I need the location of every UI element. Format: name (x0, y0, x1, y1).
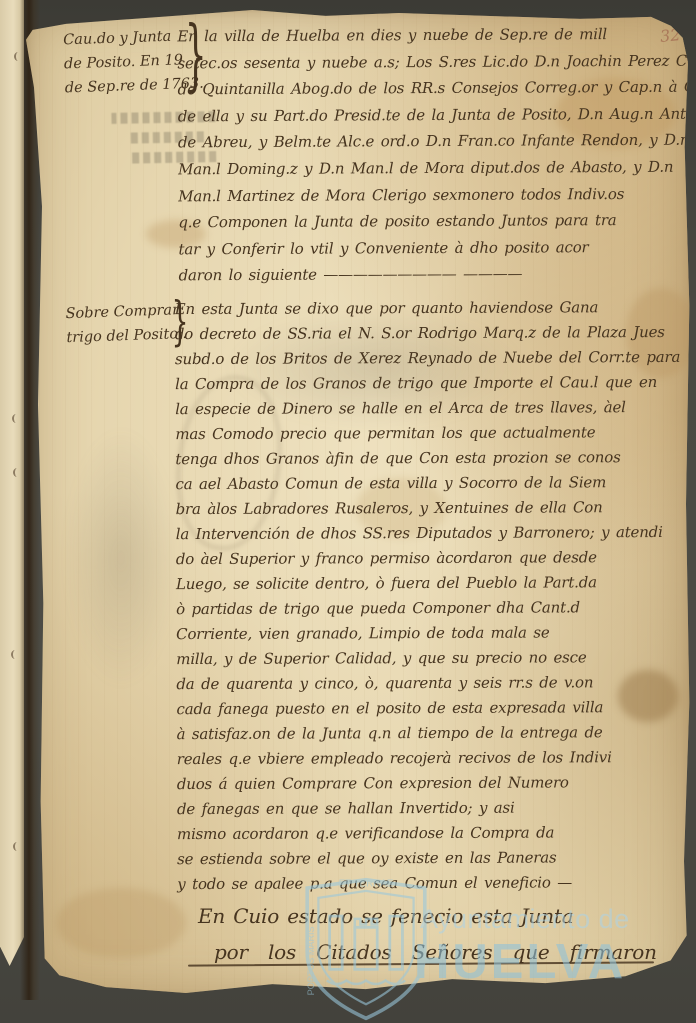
ink-mark (11, 650, 19, 659)
manuscript-line: mas Comodo precio que permitan los que a… (175, 420, 679, 447)
manuscript-line: daron lo siguiente ————————— ———— (179, 260, 683, 289)
margin-note-sobre-comprar: Sobre Comprar trigo del Posito.. (65, 298, 187, 350)
manuscript-line: se estienda sobre el que oy existe en la… (177, 845, 681, 872)
manuscript-line: En la villa de Huelba en dies y nuebe de… (177, 21, 681, 50)
ink-showthrough (66, 428, 176, 688)
manuscript-line: de fanegas en que se hallan Invertido; y… (177, 795, 681, 822)
manuscript-line: En esta Junta se dixo que por quanto hav… (175, 295, 679, 322)
manuscript-line: Man.l Doming.z y D.n Man.l de Mora diput… (178, 154, 682, 183)
manuscript-line: reales q.e vbiere empleado recojerà reci… (177, 745, 681, 772)
manuscript-line: En Cuio estado se fenecio esta Junta (198, 898, 696, 934)
manuscript-line: à satisfaz.on de la Junta q.n al tiempo … (177, 720, 681, 747)
manuscript-line: de ella y su Part.do Presid.te de la Jun… (178, 100, 682, 129)
manuscript-line: q.e Componen la Junta de posito estando … (178, 207, 682, 236)
manuscript-line: setec.os sesenta y nuebe a.s; Los S.res … (177, 47, 681, 76)
gutter-shadow (20, 0, 40, 1000)
manuscript-line: da de quarenta y cinco, ò, quarenta y se… (176, 670, 680, 697)
manuscript-line: y todo se apalee p.a que sea Comun el ve… (177, 870, 681, 897)
manuscript-line: Corriente, vien granado, Limpio de toda … (176, 620, 680, 647)
manuscript-line: milla, y de Superior Calidad, y que su p… (176, 645, 680, 672)
manuscript-line: ca ael Abasto Comun de esta villa y Soco… (175, 470, 679, 497)
body-paragraph-2: En esta Junta se dixo que por quanto hav… (175, 295, 682, 897)
paper-stain (56, 888, 186, 958)
manuscript-page: 32 Cau.do y Junta de Posito. En 19 de Se… (26, 8, 692, 1000)
manuscript-line: la Intervención de dhos SS.res Diputados… (176, 520, 680, 547)
manuscript-line: Man.l Martinez de Mora Clerigo sexmonero… (178, 180, 682, 209)
manuscript-line: ò partidas de trigo que pueda Componer d… (176, 595, 680, 622)
manuscript-line: Luego, se solicite dentro, ò fuera del P… (176, 570, 680, 597)
manuscript-line: do decreto de SS.ria el N. S.or Rodrigo … (175, 320, 679, 347)
manuscript-line: do àel Superior y franco permiso àcordar… (176, 545, 680, 572)
ink-mark (12, 414, 20, 423)
manuscript-line: la especie de Dinero se halle en el Arca… (175, 395, 679, 422)
margin-note-line: trigo del Posito.. (66, 322, 187, 350)
manuscript-line: cada fanega puesto en el posito de esta … (176, 695, 680, 722)
manuscript-line: subd.o de los Britos de Xerez Reynado de… (175, 345, 679, 372)
manuscript-line: tenga dhos Granos àfin de que Con esta p… (175, 445, 679, 472)
manuscript-line: de Abreu, y Belm.te Alc.e ord.o D.n Fran… (178, 127, 682, 156)
closing-lines: En Cuio estado se fenecio esta Juntapor … (198, 898, 696, 970)
manuscript-line: mismo acordaron q.e verificandose la Com… (177, 820, 681, 847)
body-paragraph-1: En la villa de Huelba en dies y nuebe de… (177, 21, 682, 290)
manuscript-line: duos á quien Comprare Con expresion del … (177, 770, 681, 797)
manuscript-line: de Quintanilla Abog.do de los RR.s Conse… (178, 74, 682, 103)
manuscript-line: la Compra de los Granos de trigo que Imp… (175, 370, 679, 397)
manuscript-photo: { "page": { "number": "32", "backdrop_co… (0, 0, 696, 1023)
manuscript-line: bra àlos Labradores Rusaleros, y Xentuin… (176, 495, 680, 522)
manuscript-line: tar y Conferir lo vtil y Conveniente à d… (178, 233, 682, 262)
